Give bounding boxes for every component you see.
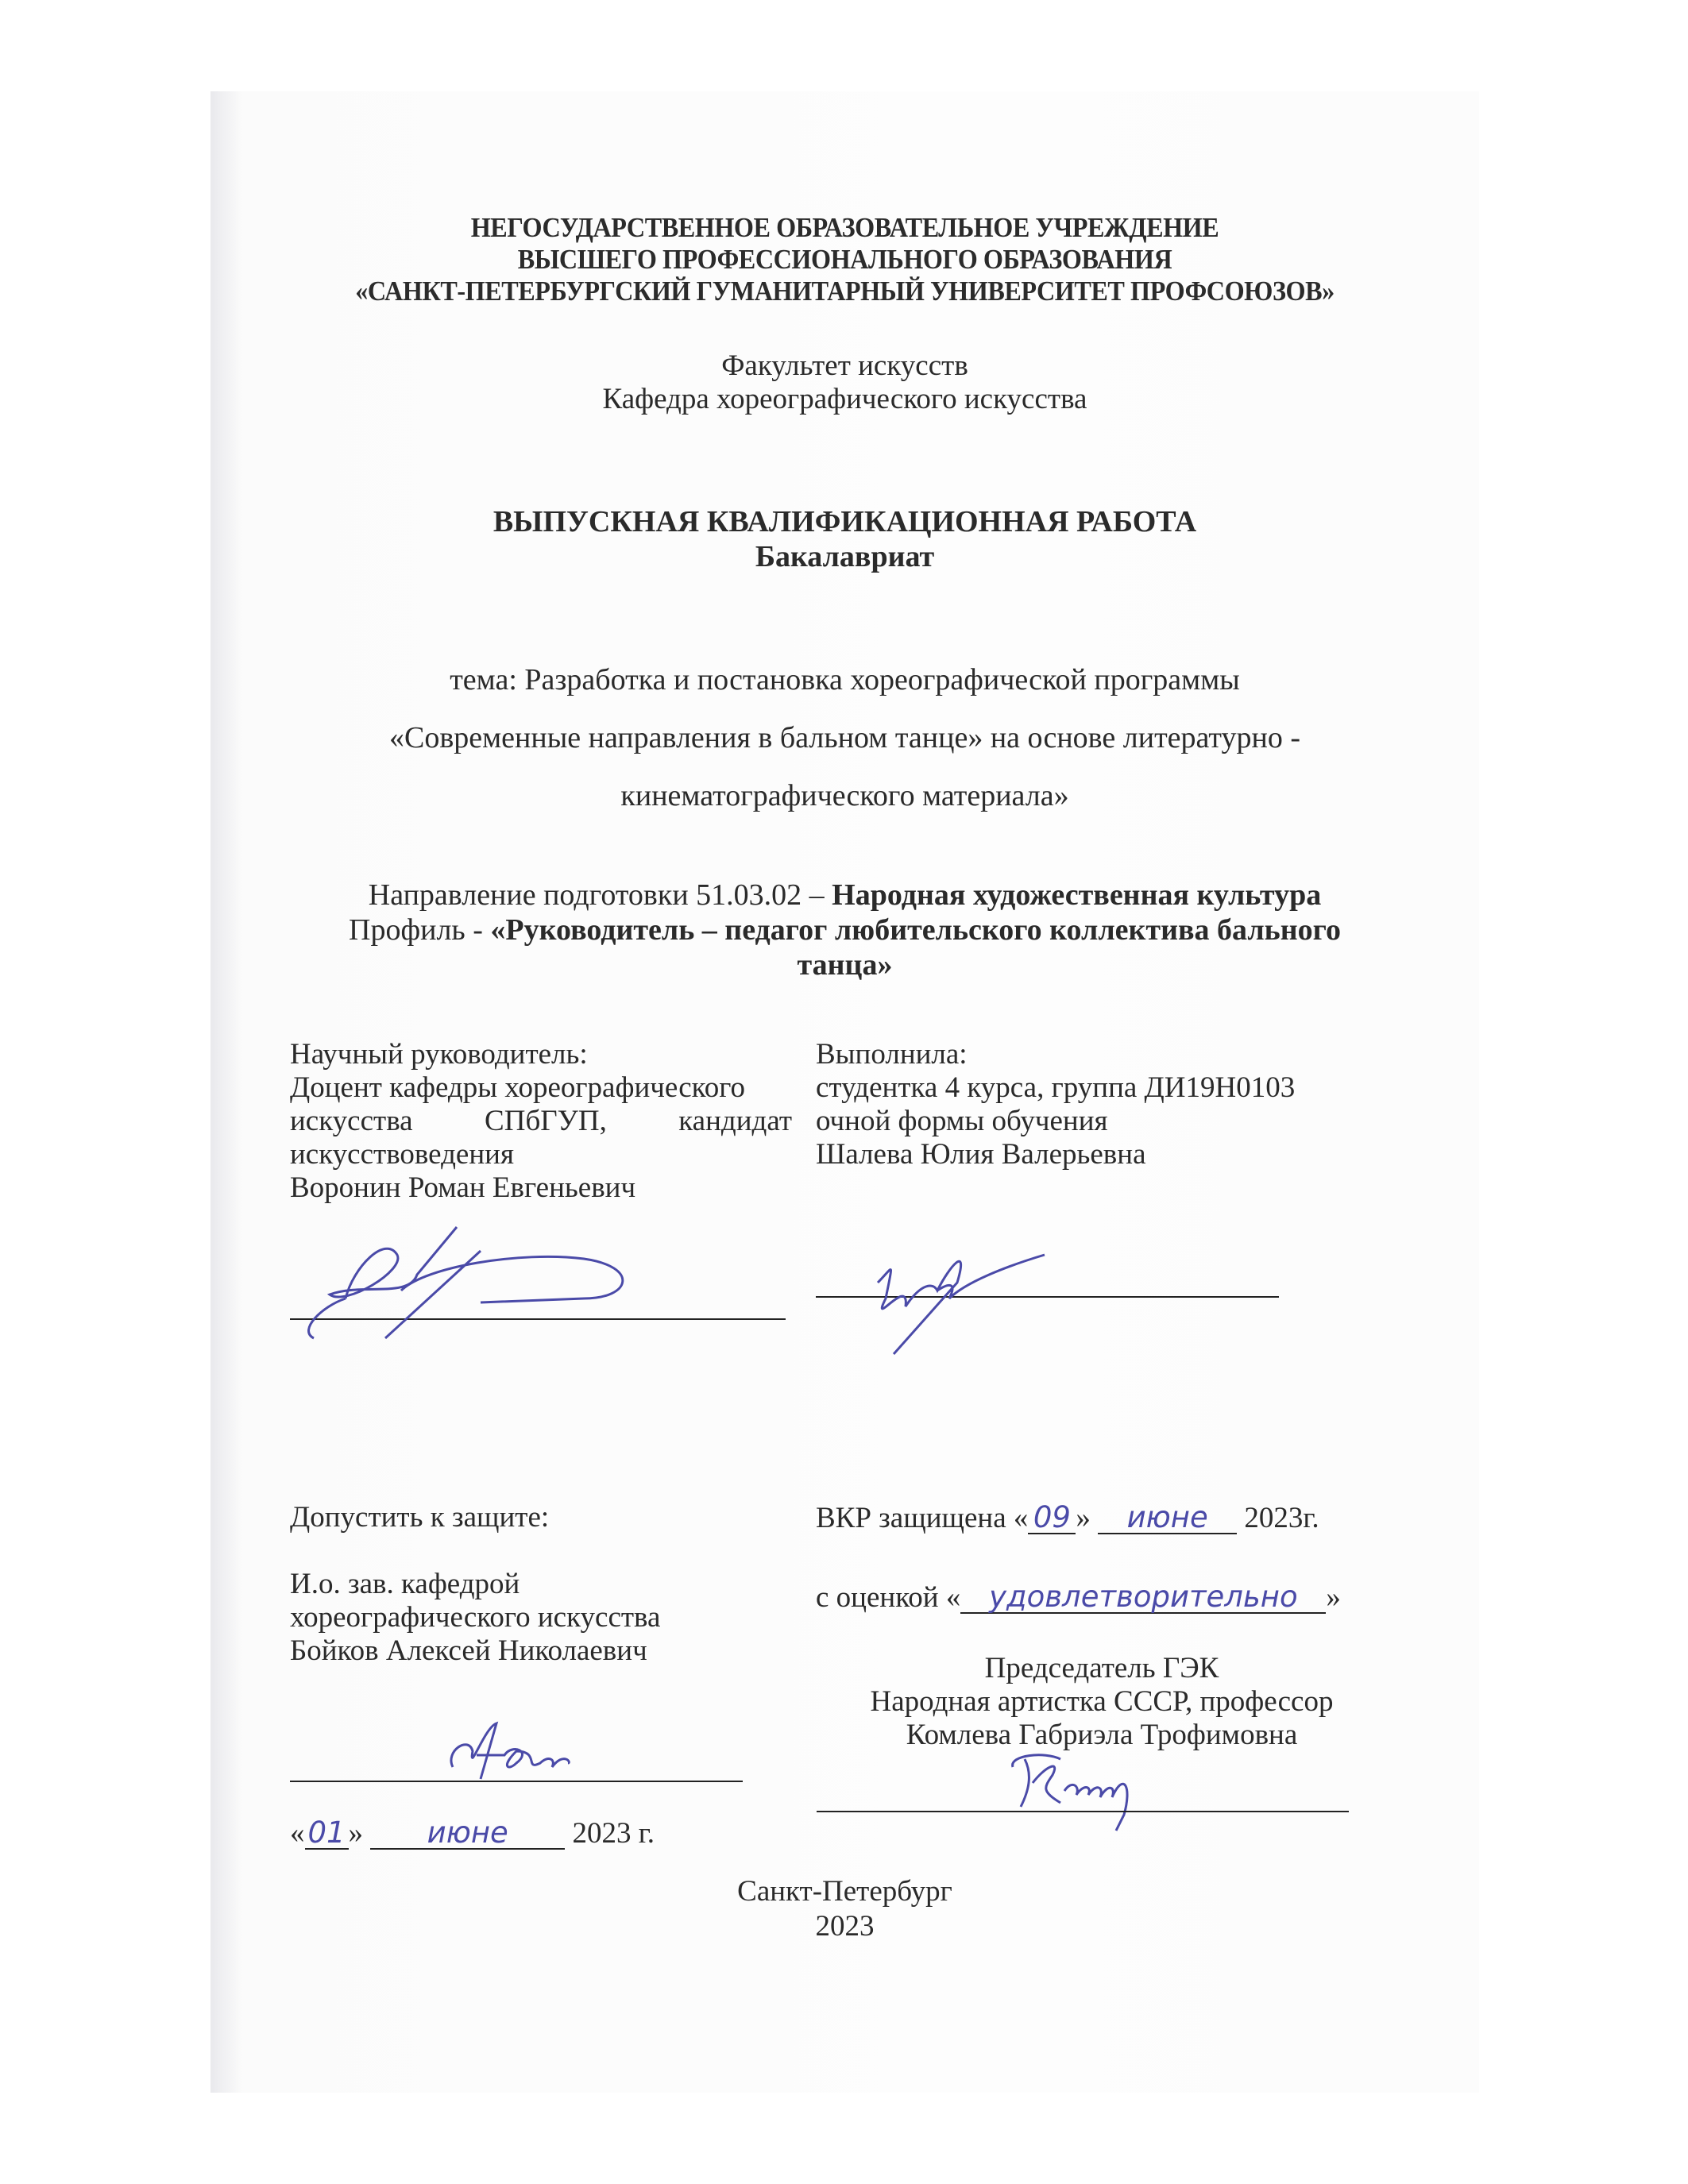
admission-label: Допустить к защите: bbox=[290, 1501, 792, 1534]
institution-line-1: НЕГОСУДАРСТВЕННОЕ ОБРАЗОВАТЕЛЬНОЕ УЧРЕЖД… bbox=[261, 212, 1428, 244]
supervisor-position-2: искусства СПбГУП, кандидат bbox=[290, 1105, 792, 1138]
head-signature-icon bbox=[437, 1719, 580, 1783]
direction-name: Народная художественная культура bbox=[832, 878, 1321, 912]
supervisor-position-3: искусствоведения bbox=[290, 1138, 792, 1171]
defense-grade: с оценкой «удовлетворительно» bbox=[816, 1580, 1341, 1615]
topic-block: тема: Разработка и постановка хореографи… bbox=[211, 651, 1479, 825]
student-label: Выполнила: bbox=[816, 1038, 1388, 1071]
institution-line-2: ВЫСШЕГО ПРОФЕССИОНАЛЬНОГО ОБРАЗОВАНИЯ bbox=[261, 244, 1428, 276]
grade-value: удовлетворительно bbox=[960, 1582, 1326, 1614]
chairman-signature-line bbox=[817, 1811, 1349, 1812]
word: кандидат bbox=[678, 1105, 792, 1138]
defense-day: 09 bbox=[1028, 1503, 1076, 1534]
department-name: Кафедра хореографического искусства bbox=[211, 383, 1479, 416]
topic-line-1: тема: Разработка и постановка хореографи… bbox=[211, 651, 1479, 709]
topic-label: тема: bbox=[450, 663, 517, 696]
profile-line: Профиль - «Руководитель – педагог любите… bbox=[211, 913, 1479, 947]
head-signature-line bbox=[290, 1781, 743, 1782]
word: СПбГУП, bbox=[485, 1105, 607, 1138]
profile-name: «Руководитель – педагог любительского ко… bbox=[490, 913, 1341, 947]
defense-prefix: ВКР защищена « bbox=[816, 1502, 1028, 1534]
faculty-name: Факультет искусств bbox=[211, 349, 1479, 383]
work-title: ВЫПУСКНАЯ КВАЛИФИКАЦИОННАЯ РАБОТА bbox=[211, 504, 1479, 539]
spacer bbox=[290, 1534, 792, 1568]
direction-prefix: Направление подготовки 51.03.02 – bbox=[369, 878, 825, 912]
profile-name-cont: танца» bbox=[211, 947, 1479, 982]
quote-close: » bbox=[349, 1817, 364, 1850]
faculty-block: Факультет искусств Кафедра хореографичес… bbox=[211, 349, 1479, 416]
admission-name: Бойков Алексей Николаевич bbox=[290, 1634, 792, 1668]
supervisor-name: Воронин Роман Евгеньевич bbox=[290, 1171, 792, 1205]
chairman-position: Народная артистка СССР, профессор bbox=[816, 1685, 1388, 1719]
chairman-block: Председатель ГЭК Народная артистка СССР,… bbox=[816, 1652, 1388, 1752]
student-block: Выполнила: студентка 4 курса, группа ДИ1… bbox=[816, 1038, 1388, 1171]
quote-close: » bbox=[1076, 1502, 1091, 1534]
defense-year: 2023г. bbox=[1244, 1502, 1319, 1534]
supervisor-position-1: Доцент кафедры хореографического bbox=[290, 1071, 792, 1105]
student-name: Шалева Юлия Валерьевна bbox=[816, 1138, 1388, 1171]
chairman-title: Председатель ГЭК bbox=[816, 1652, 1388, 1685]
admission-position-2: хореографического искусства bbox=[290, 1601, 792, 1634]
supervisor-block: Научный руководитель: Доцент кафедры хор… bbox=[290, 1038, 792, 1205]
direction-block: Направление подготовки 51.03.02 – Народн… bbox=[211, 878, 1479, 982]
profile-prefix: Профиль - bbox=[349, 913, 483, 947]
admission-year: 2023 г. bbox=[573, 1817, 655, 1850]
admission-day: 01 bbox=[305, 1818, 349, 1850]
admission-block: Допустить к защите: И.о. зав. кафедрой х… bbox=[290, 1501, 792, 1668]
admission-date: «01» июне 2023 г. bbox=[290, 1816, 655, 1851]
defense-date: ВКР защищена «09» июне 2023г. bbox=[816, 1501, 1319, 1536]
title-page-sheet: НЕГОСУДАРСТВЕННОЕ ОБРАЗОВАТЕЛЬНОЕ УЧРЕЖД… bbox=[211, 91, 1479, 2093]
topic-line-2: «Современные направления в бальном танце… bbox=[211, 709, 1479, 767]
direction-line: Направление подготовки 51.03.02 – Народн… bbox=[211, 878, 1479, 913]
topic-text-1: Разработка и постановка хореографической… bbox=[524, 663, 1239, 696]
defense-month: июне bbox=[1098, 1503, 1237, 1534]
student-signature-icon bbox=[846, 1235, 1084, 1362]
grade-suffix: » bbox=[1326, 1581, 1341, 1614]
work-level: Бакалавриат bbox=[211, 539, 1479, 574]
student-course: студентка 4 курса, группа ДИ19Н0103 bbox=[816, 1071, 1388, 1105]
footer-year: 2023 bbox=[211, 1909, 1479, 1944]
topic-line-3: кинематографического материала» bbox=[211, 767, 1479, 825]
admission-month: июне bbox=[370, 1818, 565, 1850]
admission-position-1: И.о. зав. кафедрой bbox=[290, 1568, 792, 1601]
supervisor-signature-icon bbox=[298, 1219, 695, 1354]
chairman-signature-icon bbox=[997, 1743, 1180, 1831]
quote-open: « bbox=[290, 1817, 305, 1850]
grade-prefix: с оценкой « bbox=[816, 1581, 960, 1614]
work-title-block: ВЫПУСКНАЯ КВАЛИФИКАЦИОННАЯ РАБОТА Бакала… bbox=[211, 504, 1479, 574]
institution-line-3: «САНКТ-ПЕТЕРБУРГСКИЙ ГУМАНИТАРНЫЙ УНИВЕР… bbox=[261, 276, 1428, 307]
footer-city: Санкт-Петербург bbox=[211, 1874, 1479, 1909]
institution-header: НЕГОСУДАРСТВЕННОЕ ОБРАЗОВАТЕЛЬНОЕ УЧРЕЖД… bbox=[261, 212, 1428, 307]
footer-block: Санкт-Петербург 2023 bbox=[211, 1874, 1479, 1944]
word: искусства bbox=[290, 1105, 413, 1138]
student-form: очной формы обучения bbox=[816, 1105, 1388, 1138]
supervisor-label: Научный руководитель: bbox=[290, 1038, 792, 1071]
